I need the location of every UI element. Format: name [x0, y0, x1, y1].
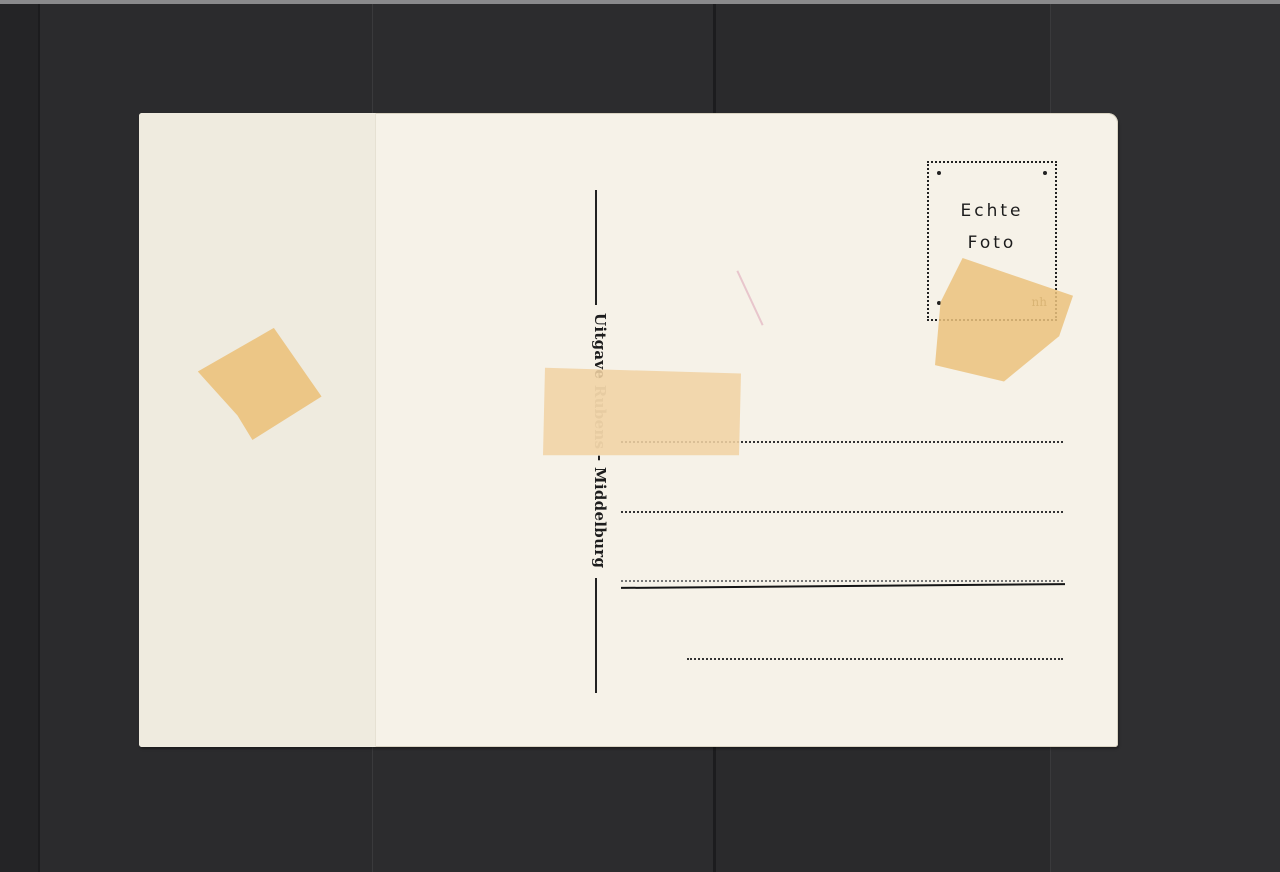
- address-line-3: [621, 580, 1063, 582]
- stamp-text-echte: Echte: [929, 201, 1055, 221]
- address-line-4: [687, 658, 1063, 660]
- divider-line-bottom: [595, 578, 597, 693]
- strip-edge: [375, 113, 376, 747]
- address-underline: [621, 583, 1065, 589]
- stamp-text-foto: Foto: [929, 233, 1055, 253]
- divider-line-top: [595, 190, 597, 305]
- stamp-corner-dot: [1043, 171, 1047, 175]
- tape-center: [543, 364, 741, 459]
- stamp-corner-dot: [937, 171, 941, 175]
- publisher-word-3: Middelburg: [591, 467, 609, 568]
- faint-pink-mark: [736, 270, 763, 325]
- album-panel-1: [0, 4, 38, 872]
- address-line-2: [621, 511, 1063, 513]
- publisher-separator: -: [591, 455, 609, 462]
